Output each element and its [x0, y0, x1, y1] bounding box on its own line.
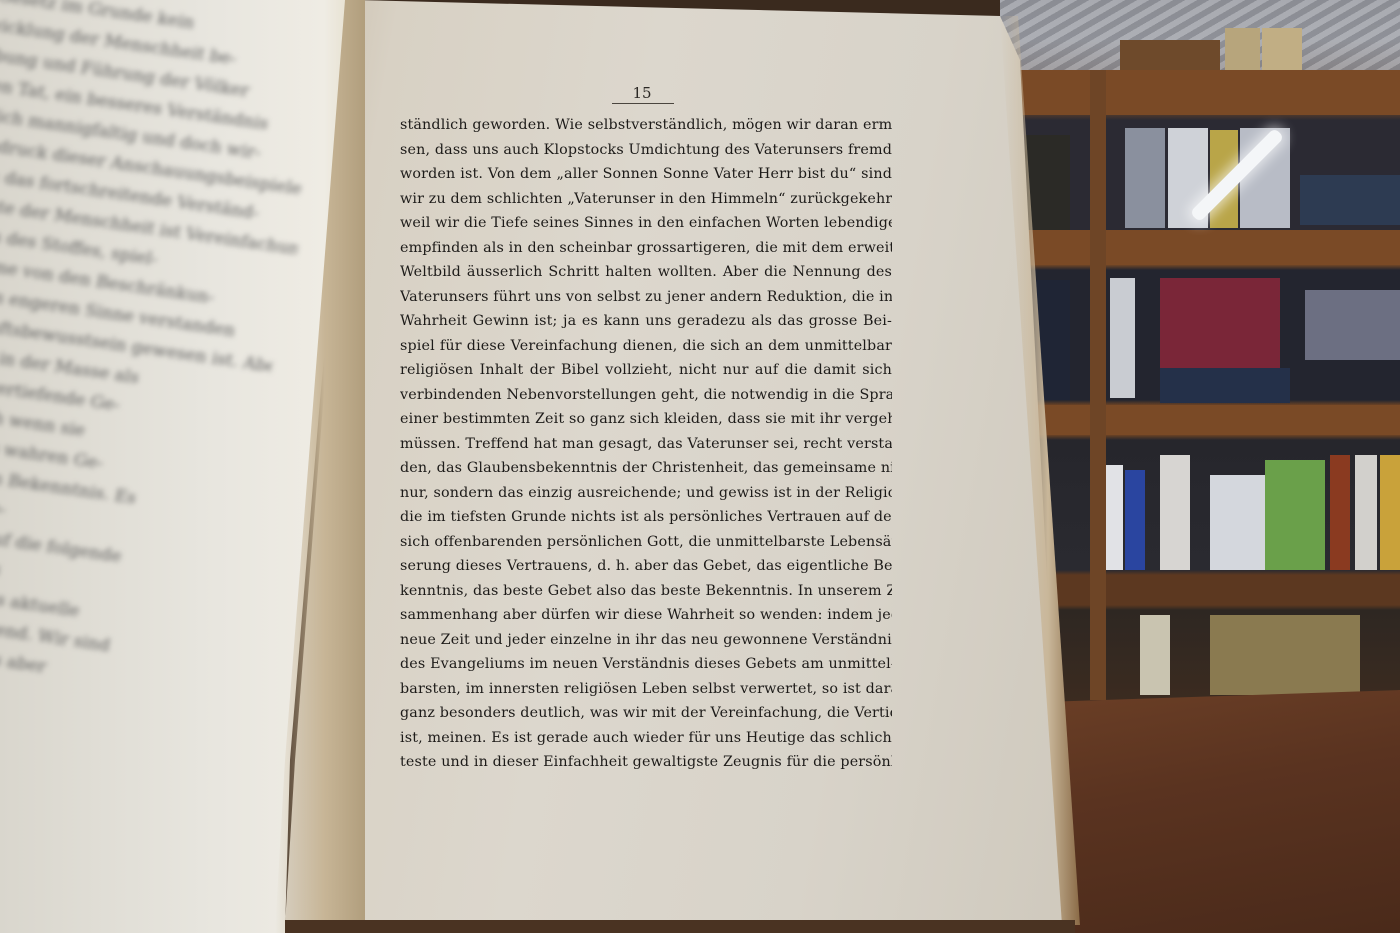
shelf-book: [1160, 455, 1190, 570]
shelf-book: [1210, 475, 1265, 570]
text-line: Weltbild äusserlich Schritt halten wollt…: [400, 260, 892, 285]
shelf-book: [1140, 615, 1170, 695]
text-line: weil wir die Tiefe seines Sinnes in den …: [400, 211, 892, 236]
text-line: neue Zeit und jeder einzelne in ihr das …: [400, 628, 892, 653]
text-line: barsten, im innersten religiösen Leben s…: [400, 677, 892, 702]
shelf-book: [1160, 278, 1280, 368]
shelf-board: [1020, 405, 1400, 435]
page-number: 15: [612, 84, 672, 102]
shelf-book: [1300, 175, 1400, 225]
text-line: religiösen Inhalt der Bibel vollzieht, n…: [400, 358, 892, 383]
top-shelf-book: [1225, 28, 1260, 72]
shelf-book: [1265, 460, 1325, 570]
text-line: ganz besonders deutlich, was wir mit der…: [400, 701, 892, 726]
shelf-book: [1305, 290, 1400, 360]
text-line: verbindenden Nebenvorstellungen geht, di…: [400, 383, 892, 408]
text-line: die im tiefsten Grunde nichts ist als pe…: [400, 505, 892, 530]
shelf-book: [1025, 135, 1070, 230]
text-line: des Evangeliums im neuen Verständnis die…: [400, 652, 892, 677]
text-line: sen, dass uns auch Klopstocks Umdichtung…: [400, 138, 892, 163]
text-line: teste und in dieser Einfachheit gewaltig…: [400, 750, 892, 775]
shelf-book: [1125, 128, 1165, 228]
text-line: wir zu dem schlichten „Vaterunser in den…: [400, 187, 892, 212]
text-line: sammenhang aber dürfen wir diese Wahrhei…: [400, 603, 892, 628]
page-body-text: ständlich geworden. Wie selbstverständli…: [400, 113, 892, 775]
page-number-rule: [612, 103, 674, 104]
shelf-board: [1020, 70, 1400, 115]
top-shelf-box: [1120, 40, 1220, 72]
text-line: nur, sondern das einzig ausreichende; un…: [400, 481, 892, 506]
shelf-book: [1355, 455, 1377, 570]
text-line: serung dieses Vertrauens, d. h. aber das…: [400, 554, 892, 579]
shelf-book: [1330, 455, 1350, 570]
text-line: einer bestimmten Zeit so ganz sich kleid…: [400, 407, 892, 432]
text-line: ständlich geworden. Wie selbstverständli…: [400, 113, 892, 138]
page-bottom-edge: [285, 920, 1075, 933]
shelf-book: [1125, 470, 1145, 570]
text-line: Wahrheit Gewinn ist; ja es kann uns gera…: [400, 309, 892, 334]
top-shelf-book: [1262, 28, 1302, 72]
wooden-table: [1040, 690, 1400, 933]
shelf-book: [1380, 455, 1400, 570]
text-line: ist, meinen. Es ist gerade auch wieder f…: [400, 726, 892, 751]
text-line: spiel für diese Vereinfachung dienen, di…: [400, 334, 892, 359]
shelf-book: [1210, 615, 1360, 695]
shelf-board: [1020, 575, 1400, 605]
text-line: kenntnis, das beste Gebet also das beste…: [400, 579, 892, 604]
text-line: empfinden als in den scheinbar grossarti…: [400, 236, 892, 261]
shelf-book: [1160, 368, 1290, 403]
text-line: sich offenbarenden persönlichen Gott, di…: [400, 530, 892, 555]
shelf-book: [1110, 278, 1135, 398]
shelf-board: [1020, 230, 1400, 265]
text-line: worden ist. Von dem „aller Sonnen Sonne …: [400, 162, 892, 187]
text-line: müssen. Treffend hat man gesagt, das Vat…: [400, 432, 892, 457]
text-line: den, das Glaubensbekenntnis der Christen…: [400, 456, 892, 481]
shelf-book: [1105, 465, 1123, 570]
text-line: Vaterunsers führt uns von selbst zu jene…: [400, 285, 892, 310]
shelf-post: [1090, 70, 1106, 700]
